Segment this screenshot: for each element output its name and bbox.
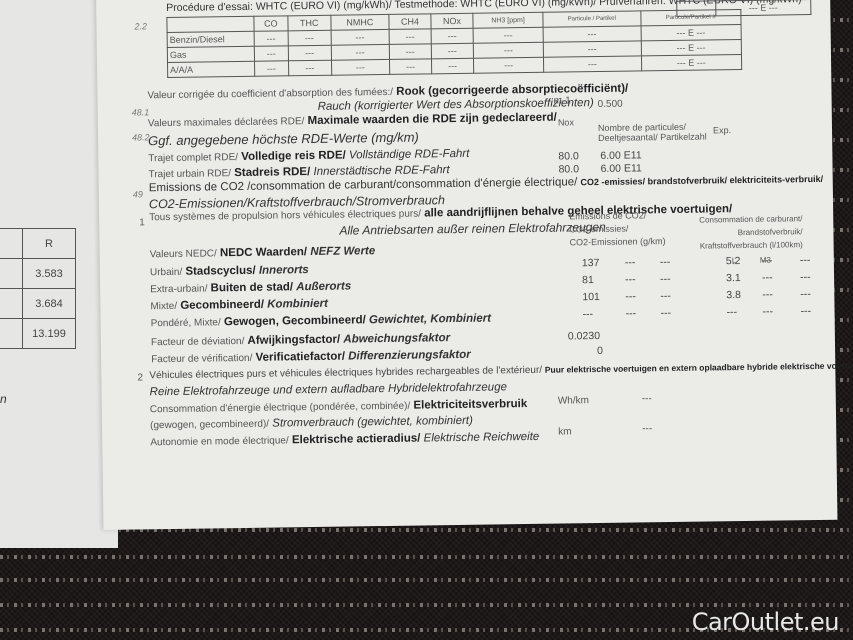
nedc-label: Valeurs NEDC/ NEDC Waarden/ NEFZ Werte — [150, 245, 376, 260]
nedc-value: --- — [660, 273, 671, 285]
electric-consumption-2: (gewogen, gecombineerd)/ Stromverbrauch … — [150, 415, 473, 432]
section-number: 48.1 — [132, 107, 150, 117]
nedc-value: 3.8 — [726, 289, 741, 301]
r-value: 3.684 — [23, 289, 76, 319]
fuel-column-header: Consommation de carburant/ Brandstofverb… — [699, 212, 803, 252]
electric-range: Autonomie en mode électrique/ Elektrisch… — [150, 431, 539, 448]
nedc-value: --- — [762, 306, 773, 318]
nedc-value: --- — [625, 273, 636, 285]
nedc-value: 137 — [582, 257, 600, 269]
electric-range-unit: km — [558, 426, 571, 437]
smoke-line-2: Rauch (korrigierter Wert des Absorptions… — [318, 97, 594, 113]
nedc-row-label: Pondéré, Mixte/ Gewogen, Gecombineerd/ G… — [151, 313, 492, 330]
nedc-value: 101 — [582, 291, 600, 303]
nedc-value: --- — [762, 255, 773, 267]
nedc-value: --- — [582, 308, 593, 320]
nedc-value: --- — [660, 256, 671, 268]
nedc-value: 5.2 — [726, 255, 741, 267]
rde-title: Valeurs maximales déclarées RDE/ Maximal… — [148, 112, 557, 130]
r-value: 3.583 — [23, 259, 76, 289]
nedc-row-label: Extra-urbain/ Buiten de stad/ Außerorts — [150, 280, 351, 295]
nedc-value: --- — [625, 290, 636, 302]
electric-consumption-value: --- — [642, 393, 652, 404]
nedc-value: --- — [762, 289, 773, 301]
subsection-2-title-de: Reine Elektrofahrzeuge und extern auflad… — [150, 381, 507, 398]
nedc-value: 81 — [582, 274, 594, 286]
rde-nox-value: 80.0 — [558, 163, 579, 175]
electric-consumption: Consommation d'énergie électrique (pondé… — [150, 398, 528, 415]
rde-nox-value: 80.0 — [558, 150, 579, 162]
nedc-value: --- — [726, 306, 737, 318]
rde-particles-value: 6.00 E11 — [600, 162, 641, 175]
subsection-number: 1 — [139, 217, 145, 228]
caroutlet-watermark: CarOutlet.eu — [692, 608, 839, 636]
nedc-value: --- — [800, 271, 811, 283]
verification-factor: Facteur de vérification/ Verificatiefact… — [151, 349, 471, 365]
deviation-value: 0.0230 — [568, 330, 600, 342]
nedc-value: --- — [660, 290, 671, 302]
exp-header: Exp. — [713, 125, 731, 135]
main-document-page: 2.2 Procédure d'essai: WHTC (EURO VI) (m… — [96, 0, 837, 530]
whtc-emissions-table: CO THC NMHC CH4 NOx NH3 [ppm] Particule … — [166, 9, 742, 78]
nedc-value: --- — [762, 272, 773, 284]
rde-particles-value: 6.00 E11 — [600, 149, 641, 162]
nedc-value: --- — [660, 307, 671, 319]
nedc-value: --- — [800, 254, 811, 266]
nedc-value: --- — [625, 307, 636, 319]
subsection-1-title-de: Alle Antriebsarten außer reinen Elektrof… — [339, 220, 606, 238]
r-value: 13.199 — [23, 319, 76, 349]
co2-column-header: Emissions de CO2/ CO2-emissies/ CO2-Emis… — [569, 209, 666, 249]
partial-text: n — [0, 392, 7, 406]
electric-consumption-unit: Wh/km — [558, 395, 589, 406]
rde-title-de: Ggf. angegebene höchste RDE-Werte (mg/km… — [148, 130, 419, 149]
nedc-row-label: Urbain/ Stadscyclus/ Innerorts — [150, 264, 309, 278]
r-values-table: R 3.583 3.684 13.199 — [0, 228, 76, 349]
smoke-value: 0.500 — [598, 99, 623, 110]
nedc-value: --- — [800, 305, 811, 317]
section-number: 48.2 — [132, 132, 150, 142]
r-header: R — [23, 229, 76, 259]
nedc-value: --- — [800, 288, 811, 300]
section-number: 2.2 — [134, 21, 147, 31]
nedc-value: 3.1 — [726, 272, 741, 284]
electric-range-value: --- — [642, 423, 652, 434]
subsection-number: 2 — [137, 372, 143, 383]
nox-header: Nox — [558, 117, 574, 127]
section-number: 49 — [133, 189, 143, 199]
nedc-value: --- — [625, 256, 636, 268]
deviation-factor: Facteur de déviation/ Afwijkingsfactor/ … — [151, 332, 450, 348]
particles-header: Nombre de particules/ Deeltjesaantal/ Pa… — [598, 121, 718, 143]
smoke-unit: m-1 — [554, 95, 571, 106]
verification-value: 0 — [597, 345, 603, 357]
nedc-row-label: Mixte/ Gecombineerd/ Kombiniert — [150, 298, 328, 312]
rde-row: Trajet complet RDE/ Volledige reis RDE/ … — [148, 148, 469, 164]
